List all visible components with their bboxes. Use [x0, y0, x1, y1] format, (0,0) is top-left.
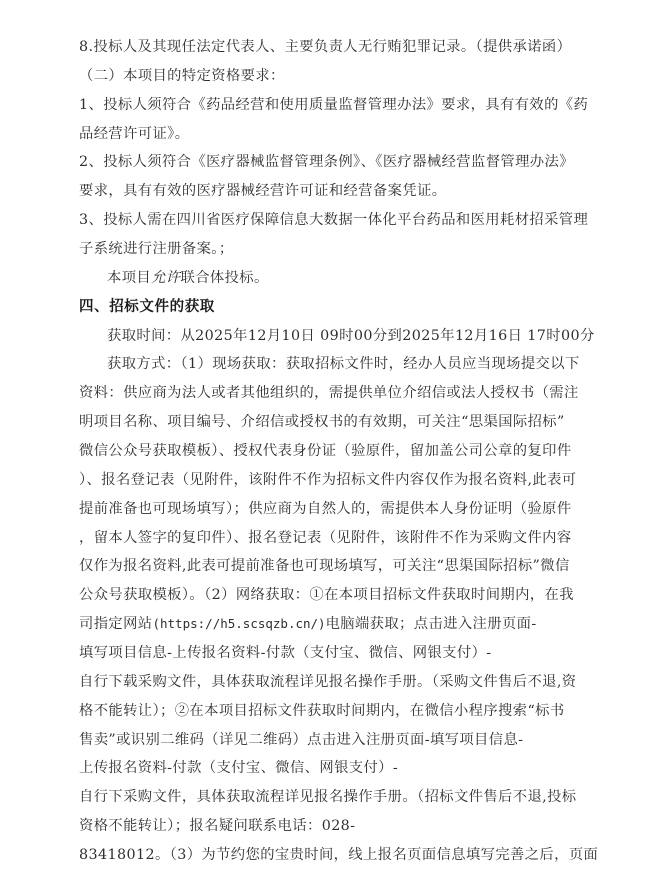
obtain-method-line-1: 获取方式：（1）现场获取：获取招标文件时，经办人员应当现场提交以下	[79, 350, 589, 379]
requirement-1-line-1: 1、投标人须符合《药品经营和使用质量监督管理办法》要求，具有有效的《药	[79, 91, 589, 120]
document-body: 8.投标人及其现任法定代表人、主要负责人无行贿犯罪记录。（提供承诺函） （二）本…	[79, 33, 589, 870]
requirement-2-line-2: 要求，具有有效的医疗器械经营许可证和经营备案凭证。	[79, 177, 589, 206]
obtain-method-line-9: 公众号获取模板）。（2）网络获取：①在本项目招标文件获取时间期内，在我	[79, 581, 589, 610]
consortium-suffix: 联合体投标。	[181, 270, 269, 286]
section-subheading-specific-qualifications: （二）本项目的特定资格要求：	[79, 62, 589, 91]
qualification-item-8: 8.投标人及其现任法定代表人、主要负责人无行贿犯罪记录。（提供承诺函）	[79, 33, 589, 62]
obtain-method-line-6: 提前准备也可现场填写）；供应商为自然人的，需提供本人身份证明（验原件	[79, 495, 589, 524]
website-prefix: 司指定网站	[79, 616, 152, 632]
obtain-method-line-14: 售卖”或识别二维码（详见二维码）点击进入注册页面-填写项目信息-	[79, 726, 589, 755]
obtain-method-line-16: 自行下采购文件，具体获取流程详见报名操作手册。（招标文件售后不退,投标	[79, 783, 589, 812]
consortium-prefix: 本项目	[107, 270, 151, 286]
consortium-bidding-note: 本项目允许联合体投标。	[79, 264, 589, 293]
website-url-link[interactable]: (https://h5.scsqzb.cn/)	[152, 616, 325, 631]
consortium-allowed-word: 允许	[151, 270, 180, 286]
obtain-method-line-12: 自行下载采购文件，具体获取流程详见报名操作手册。（采购文件售后不退,资	[79, 668, 589, 697]
obtain-method-line-8: 仅作为报名资料,此表可提前准备也可现场填写，可关注“思渠国际招标”微信	[79, 552, 589, 581]
obtain-method-line-2: 资料：供应商为法人或者其他组织的，需提供单位介绍信或法人授权书（需注	[79, 379, 589, 408]
requirement-3-line-2: 子系统进行注册备案。；	[79, 235, 589, 264]
obtain-method-line-18: 83418012。（3）为节约您的宝贵时间，线上报名页面信息填写完善之后，页面	[79, 841, 589, 870]
obtain-method-line-3: 明项目名称、项目编号、介绍信或授权书的有效期，可关注“思渠国际招标”	[79, 408, 589, 437]
website-suffix: 电脑端获取；点击进入注册页面-	[326, 616, 537, 632]
document-page: 8.投标人及其现任法定代表人、主要负责人无行贿犯罪记录。（提供承诺函） （二）本…	[0, 0, 670, 890]
obtain-method-line-13: 格不能转让）；②在本项目招标文件获取时间期内，在微信小程序搜索“标书	[79, 697, 589, 726]
section-heading-obtain-documents: 四、招标文件的获取	[79, 293, 589, 322]
requirement-3-line-1: 3、投标人需在四川省医疗保障信息大数据一体化平台药品和医用耗材招采管理	[79, 206, 589, 235]
obtain-method-line-15: 上传报名资料-付款（支付宝、微信、网银支付）-	[79, 754, 589, 783]
obtain-method-line-5: ）、报名登记表（见附件，该附件不作为招标文件内容仅作为报名资料,此表可	[79, 466, 589, 495]
obtain-method-line-17: 资格不能转让）；报名疑问联系电话：028-	[79, 812, 589, 841]
obtain-method-line-7: ，留本人签字的复印件）、报名登记表（见附件，该附件不作为采购文件内容	[79, 524, 589, 553]
obtain-method-line-10: 司指定网站(https://h5.scsqzb.cn/)电脑端获取；点击进入注册…	[79, 610, 589, 639]
requirement-2-line-1: 2、投标人须符合《医疗器械监督管理条例》、《医疗器械经营监督管理办法》	[79, 148, 589, 177]
obtain-method-line-11: 填写项目信息-上传报名资料-付款（支付宝、微信、网银支付）-	[79, 639, 589, 668]
requirement-1-line-2: 品经营许可证》。	[79, 120, 589, 149]
obtain-method-line-4: 微信公众号获取模板）、授权代表身份证（验原件，留加盖公司公章的复印件	[79, 437, 589, 466]
obtain-time: 获取时间：从2025年12月10日 09时00分到2025年12月16日 17时…	[79, 322, 589, 351]
